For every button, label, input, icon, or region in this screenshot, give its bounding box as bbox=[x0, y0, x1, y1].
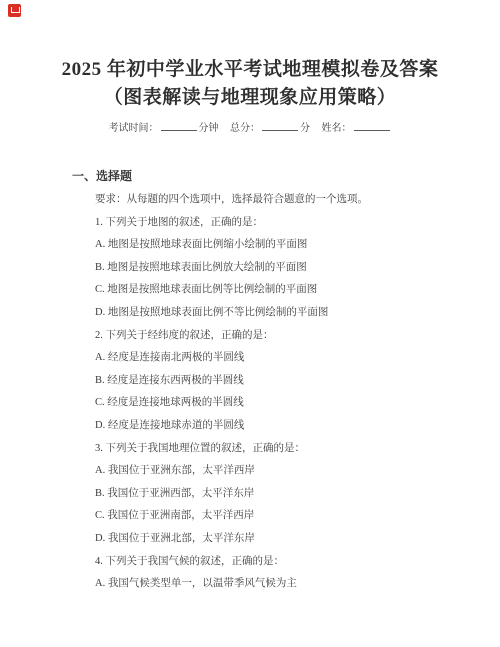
name-label: 姓名： bbox=[322, 123, 352, 134]
exam-paper-page: 2025 年初中学业水平考试地理模拟卷及答案 （图表解读与地理现象应用策略） 考… bbox=[0, 0, 500, 647]
question-3-option-c: C. 我国位于亚洲南部，太平洋西岸 bbox=[95, 505, 500, 528]
exam-time-unit: 分钟 bbox=[199, 123, 219, 134]
question-3-option-a: A. 我国位于亚洲东部，太平洋西岸 bbox=[95, 460, 500, 483]
total-score-group: 总分：分 bbox=[230, 123, 310, 134]
total-score-label: 总分： bbox=[230, 123, 260, 134]
section-1-heading: 一、选择题 bbox=[72, 167, 500, 184]
question-3-option-d: D. 我国位于亚洲北部，太平洋东岸 bbox=[95, 528, 500, 551]
exam-time-group: 考试时间：分钟 bbox=[109, 123, 219, 134]
question-3-option-b: B. 我国位于亚洲西部，太平洋东岸 bbox=[95, 483, 500, 506]
exam-time-blank-underline bbox=[161, 127, 197, 131]
title-line-2: （图表解读与地理现象应用策略） bbox=[0, 84, 500, 112]
question-2-stem: 2. 下列关于经纬度的叙述，正确的是： bbox=[95, 325, 500, 348]
question-3-stem: 3. 下列关于我国地理位置的叙述，正确的是： bbox=[95, 438, 500, 461]
question-4-option-a: A. 我国气候类型单一，以温带季风气候为主 bbox=[95, 573, 500, 596]
title-line-1: 2025 年初中学业水平考试地理模拟卷及答案 bbox=[0, 56, 500, 84]
question-list: 要求：从每题的四个选项中，选择最符合题意的一个选项。 1. 下列关于地图的叙述，… bbox=[95, 189, 500, 596]
name-blank-underline bbox=[354, 127, 390, 131]
question-1-stem: 1. 下列关于地图的叙述，正确的是： bbox=[95, 212, 500, 235]
page-title: 2025 年初中学业水平考试地理模拟卷及答案 （图表解读与地理现象应用策略） bbox=[0, 0, 500, 112]
question-1-option-a: A. 地图是按照地球表面比例缩小绘制的平面图 bbox=[95, 234, 500, 257]
total-score-blank-underline bbox=[262, 127, 298, 131]
question-1-option-c: C. 地图是按照地球表面比例等比例绘制的平面图 bbox=[95, 279, 500, 302]
exam-time-label: 考试时间： bbox=[109, 123, 159, 134]
question-1-option-d: D. 地图是按照地球表面比例不等比例绘制的平面图 bbox=[95, 302, 500, 325]
question-2-option-c: C. 经度是连接地球两极的半圆线 bbox=[95, 392, 500, 415]
question-2-option-a: A. 经度是连接南北两极的半圆线 bbox=[95, 347, 500, 370]
total-score-unit: 分 bbox=[300, 123, 310, 134]
requirement-text: 要求：从每题的四个选项中，选择最符合题意的一个选项。 bbox=[95, 189, 500, 212]
name-group: 姓名： bbox=[322, 123, 392, 134]
question-4-stem: 4. 下列关于我国气候的叙述，正确的是： bbox=[95, 551, 500, 574]
question-1-option-b: B. 地图是按照地球表面比例放大绘制的平面图 bbox=[95, 257, 500, 280]
document-badge-icon bbox=[8, 4, 21, 17]
question-2-option-b: B. 经度是连接东西两极的半圆线 bbox=[95, 370, 500, 393]
exam-info-line: 考试时间：分钟 总分：分 姓名： bbox=[0, 119, 500, 134]
question-2-option-d: D. 经度是连接地球赤道的半圆线 bbox=[95, 415, 500, 438]
